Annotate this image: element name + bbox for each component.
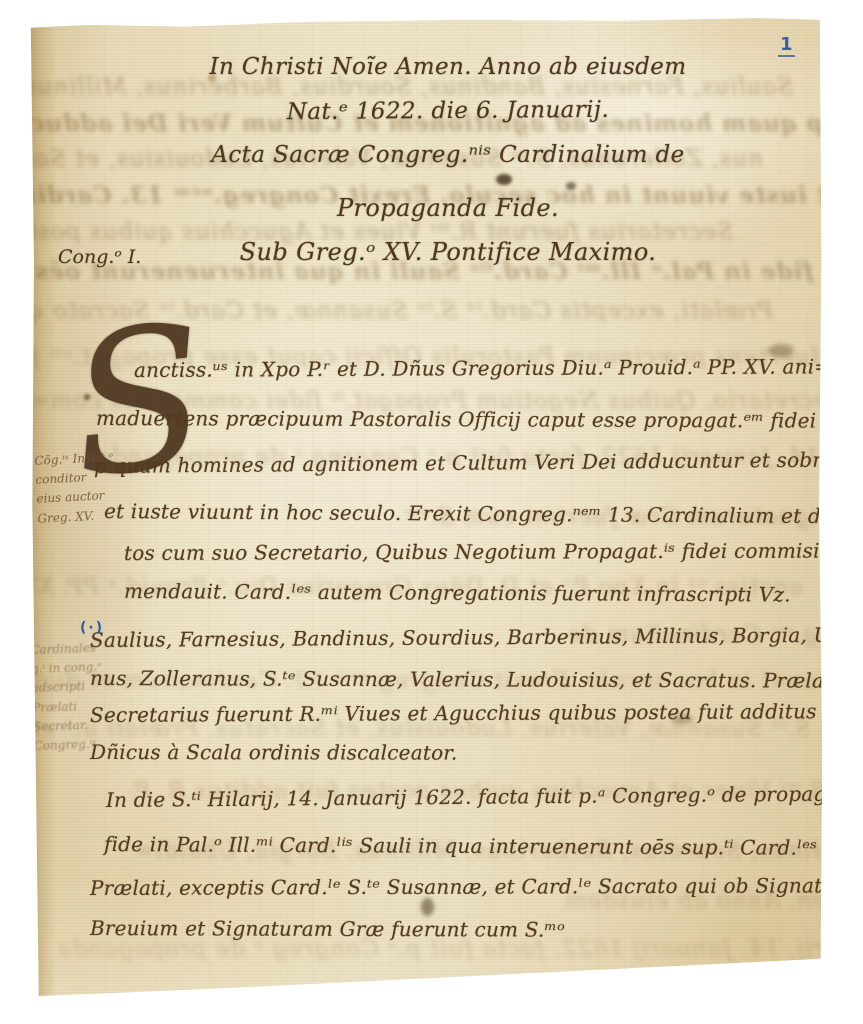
heading-line-3: Acta Sacræ Congreg.ⁿⁱˢ Cardinalium de <box>98 142 798 168</box>
body-line-2: maduertens præcipuum Pastoralis Officij … <box>96 406 863 433</box>
margin-note-line: Congreg.ⁱˢ <box>33 734 124 756</box>
body-line-12: fide in Pal.ᵒ Ill.ᵐⁱ Card.ˡⁱˢ Sauli in q… <box>104 832 844 860</box>
body-line-4: et iuste viuunt in hoc seculo. Erexit Co… <box>104 499 863 529</box>
body-line-14: Breuium et Signaturam Græ fuerunt cum S.… <box>90 916 565 942</box>
body-line-6: mendauit. Card.ˡᵉˢ autem Congregationis … <box>124 579 791 606</box>
body-line-5: tos cum suo Secretario, Quibus Negotium … <box>124 538 863 565</box>
margin-note-institution: Cōg.ⁱˢ Instit.ᵒ conditor eius auctor Gre… <box>34 447 138 529</box>
heading-line-1: In Christi Noĩe Amen. Anno ab eiusdem <box>98 54 798 80</box>
congregation-number-label: Cong.ᵒ I. <box>58 246 141 268</box>
ink-stain <box>496 174 512 185</box>
heading-line-2: Nat.ᵉ 1622. die 6. Januarij. <box>98 96 798 127</box>
body-line-10: Dñicus à Scala ordinis discalceator. <box>90 740 457 765</box>
body-line-1: anctiss.ᵘˢ in Xpo P.ʳ et D. Dñus Gregori… <box>134 354 831 382</box>
manuscript-page: Saulius, Farnesius, Bandinus, Sourdius, … <box>26 16 823 996</box>
heading-line-4: Propaganda Fide. <box>98 194 798 222</box>
body-line-11: In die S.ᵗⁱ Hilarij, 14. Januarij 1622. … <box>106 781 863 812</box>
scan-background: Saulius, Farnesius, Bandinus, Sourdius, … <box>0 0 863 1024</box>
body-line-13: Prælati, exceptis Card.ˡᵉ S.ᵗᵉ Susannæ, … <box>90 873 863 900</box>
body-line-7: Saulius, Farnesius, Bandinus, Sourdius, … <box>90 622 863 652</box>
archivist-mark: (·) <box>80 620 104 636</box>
heading-line-5: Sub Greg.ᵒ XV. Pontifice Maximo. <box>98 238 798 266</box>
ink-stain <box>421 898 434 916</box>
body-line-9: Secretarius fuerunt R.ᵐⁱ Viues et Agucch… <box>90 699 863 727</box>
margin-note-members: Cardinales q.ⁱ in cong.ᵉ adscripti Præla… <box>30 638 124 756</box>
body-line-8: nus, Zolleranus, S.ᵗᵉ Susannæ, Valerius,… <box>90 666 863 693</box>
ink-stain <box>566 182 576 190</box>
